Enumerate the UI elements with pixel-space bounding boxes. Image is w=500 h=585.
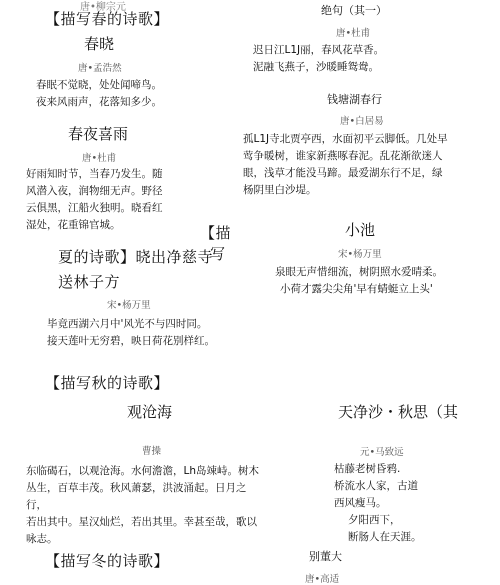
poem-line: 眼，浅草才能没马蹄。最爱湖东行不足，绿 xyxy=(243,165,473,182)
poem-line: 迟日江L1J丽，春风花草香。 xyxy=(253,42,453,59)
poem-line: 西风瘦马。 xyxy=(334,495,484,512)
poem-title-biedongda: 别董大 xyxy=(309,548,342,564)
poem-line: 枯藤老树昏鸦. xyxy=(334,461,484,478)
poem-body-xiaochu-jingcisi: 毕竟西湖六月中'风光不与四时同。 接天莲叶无穷碧，映日荷花别样红。 xyxy=(47,316,247,350)
poem-title-xiaochu-jingcisi: 送林子方 xyxy=(58,271,120,292)
section-heading-summer-fragment-1: 【描 xyxy=(200,222,231,243)
poem-author-xiaochi: 宋•杨万里 xyxy=(338,246,382,260)
poem-line: 夕阳西下， xyxy=(334,512,484,529)
poem-line: 云俱黑，江船火独明。晓看红 xyxy=(26,200,166,217)
poem-line: 春眠不觉晓，处处闻啼鸟。 xyxy=(36,77,236,94)
section-heading-summer: 夏的诗歌】晓出净慈寺 xyxy=(58,246,213,267)
poem-line: 若出其中。星汉灿烂，若出其里。幸甚至哉，歌以 xyxy=(26,514,266,531)
poem-line: 夜来风雨声，花落知多少。 xyxy=(36,94,236,111)
poem-line: 小荷才露尖尖角'早有蜻蜓立上头' xyxy=(275,281,495,298)
poem-line: 桥流水人家，古道 xyxy=(334,478,484,495)
poem-line: 莺争暖树，谁家新燕啄春泥。乱花渐欲迷人 xyxy=(243,148,473,165)
poem-author-chunye-xiyu: 唐•杜甫 xyxy=(82,150,116,164)
poem-author-xiaochu-jingcisi: 宋•杨万里 xyxy=(107,297,151,311)
section-heading-winter: 【描写冬的诗歌】 xyxy=(45,550,169,571)
poem-body-xiaochi: 泉眼无声惜细流，树阴照水爱晴柔。 小荷才露尖尖角'早有蜻蜓立上头' xyxy=(275,264,495,298)
poem-author-tianjingsha: 元•马致远 xyxy=(360,444,404,458)
poem-line: 杨阴里白沙堤。 xyxy=(243,182,473,199)
poem-line: 毕竟西湖六月中'风光不与四时同。 xyxy=(47,316,247,333)
poem-title-qiantanghu: 钱塘湖春行 xyxy=(327,91,382,107)
poem-body-jueju: 迟日江L1J丽，春风花草香。 泥融飞燕子，沙暖睡鸳鸯。 xyxy=(253,42,453,76)
poem-author-jueju: 唐•杜甫 xyxy=(336,25,370,39)
poem-line: 接天莲叶无穷碧，映日荷花别样红。 xyxy=(47,333,247,350)
poem-body-guancanghai: 东临碣石，以观沧海。水何澹澹，Lh岛竦峙。树木 丛生，百草丰茂。秋风萧瑟，洪波涌… xyxy=(26,463,266,548)
poem-title-chunxiao: 春晓 xyxy=(84,33,114,54)
poem-line: 好雨知时节，当春乃发生。随 xyxy=(26,166,166,183)
poem-line: 泥融飞燕子，沙暖睡鸳鸯。 xyxy=(253,59,453,76)
poem-author-biedongda: 唐•高适 xyxy=(305,571,339,585)
poem-author-chunxiao: 唐•孟浩然 xyxy=(78,60,122,74)
poem-line: 孤L1J寺北贾亭西，水面初平云脚低。几处早 xyxy=(243,131,473,148)
poem-line: 东临碣石，以观沧海。水何澹澹，Lh岛竦峙。树木 xyxy=(26,463,266,480)
poem-author-guancanghai: 曹操 xyxy=(142,443,161,457)
poem-line: 断肠人在天涯。 xyxy=(334,529,484,546)
poem-line: 风潜入夜，润物细无声。野径 xyxy=(26,183,166,200)
poem-title-chunye-xiyu: 春夜喜雨 xyxy=(68,123,128,144)
poem-title-xiaochi: 小池 xyxy=(345,219,375,240)
poem-line: 咏志。 xyxy=(26,531,266,548)
poem-body-chunxiao: 春眠不觉晓，处处闻啼鸟。 夜来风雨声，花落知多少。 xyxy=(36,77,236,111)
poem-line: 湿处，花重锦官城。 xyxy=(26,217,166,234)
section-heading-autumn: 【描写秋的诗歌】 xyxy=(45,372,169,393)
poem-body-qiantanghu: 孤L1J寺北贾亭西，水面初平云脚低。几处早 莺争暖树，谁家新燕啄春泥。乱花渐欲迷… xyxy=(243,131,473,199)
poem-title-jueju: 绝句（其一） xyxy=(321,2,387,18)
poem-line: 丛生，百草丰茂。秋风萧瑟，洪波涌起。日月之行， xyxy=(26,480,266,514)
poem-body-tianjingsha: 枯藤老树昏鸦. 桥流水人家，古道 西风瘦马。 夕阳西下， 断肠人在天涯。 xyxy=(334,461,484,546)
poem-title-guancanghai: 观沧海 xyxy=(127,401,172,422)
section-heading-spring: 【描写春的诗歌】 xyxy=(45,8,169,29)
poem-line: 泉眼无声惜细流，树阴照水爱晴柔。 xyxy=(275,264,495,281)
poem-author-qiantanghu: 唐•白居易 xyxy=(340,113,384,127)
poem-title-tianjingsha: 天净沙・秋思（其 xyxy=(338,401,458,422)
poem-body-chunye-xiyu: 好雨知时节，当春乃发生。随 风潜入夜，润物细无声。野径 云俱黑，江船火独明。晓看… xyxy=(26,166,166,234)
